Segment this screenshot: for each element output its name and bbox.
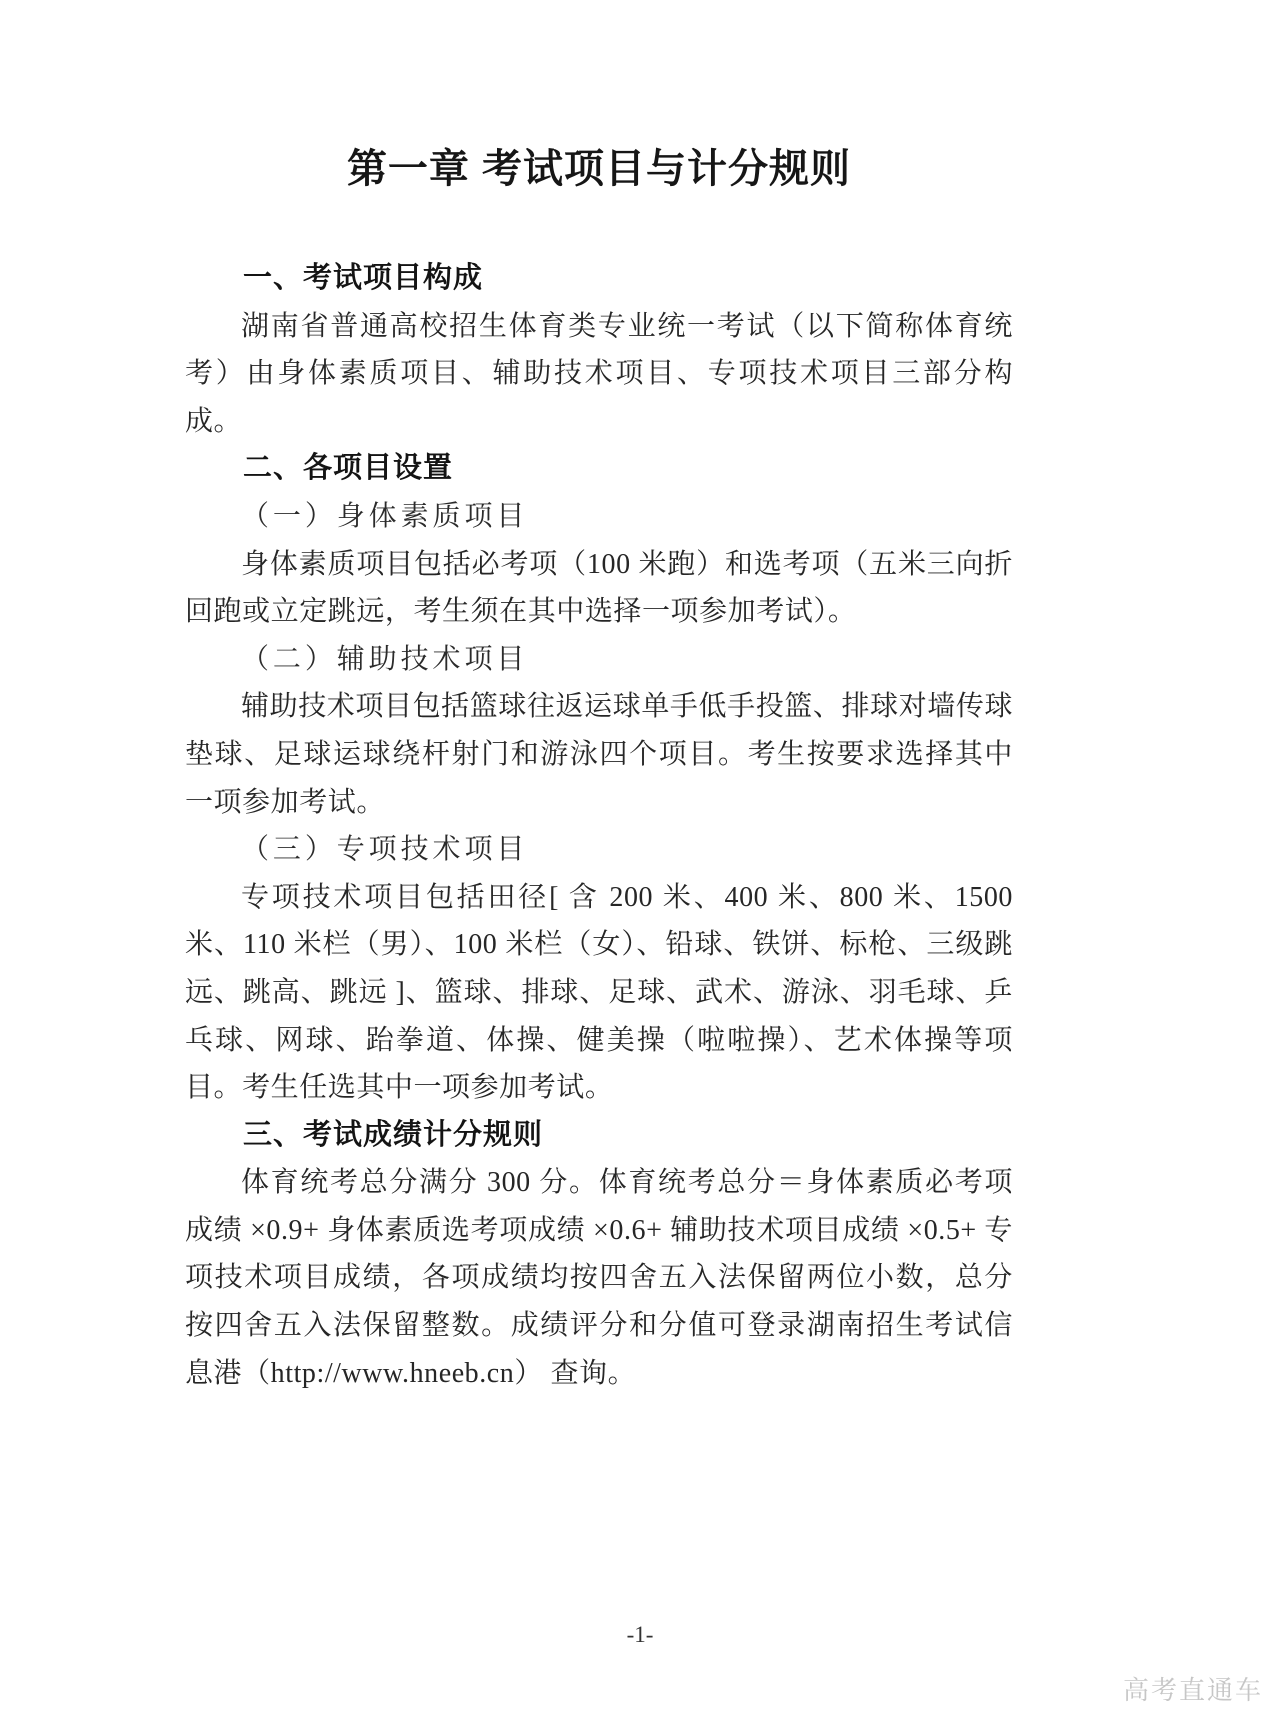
page-number: -1- <box>0 1622 1280 1648</box>
paragraph: 身体素质项目包括必考项（100 米跑）和选考项（五米三向折回跑或立定跳远，考生须… <box>185 541 1013 636</box>
paragraph: 专项技术项目包括田径[ 含 200 米、400 米、800 米、1500 米、1… <box>185 874 1013 1112</box>
section-subheading: （三）专项技术项目 <box>185 826 1013 874</box>
document-page: 第一章 考试项目与计分规则 一、考试项目构成湖南省普通高校招生体育类专业统一考试… <box>0 0 1280 1725</box>
document-body: 一、考试项目构成湖南省普通高校招生体育类专业统一考试（以下简称体育统考）由身体素… <box>185 255 1013 1397</box>
section-subheading: （一）身体素质项目 <box>185 493 1013 541</box>
paragraph: 湖南省普通高校招生体育类专业统一考试（以下简称体育统考）由身体素质项目、辅助技术… <box>185 303 1013 446</box>
paragraph: 辅助技术项目包括篮球往返运球单手低手投篮、排球对墙传球垫球、足球运球绕杆射门和游… <box>185 683 1013 826</box>
section-subheading: （二）辅助技术项目 <box>185 636 1013 684</box>
watermark: 高考直通车 <box>1123 1670 1263 1707</box>
section-heading: 一、考试项目构成 <box>185 255 1013 303</box>
page-title: 第一章 考试项目与计分规则 <box>185 0 1013 191</box>
section-heading: 三、考试成绩计分规则 <box>185 1112 1013 1160</box>
section-heading: 二、各项目设置 <box>185 445 1013 493</box>
paragraph: 体育统考总分满分 300 分。体育统考总分＝身体素质必考项成绩 ×0.9+ 身体… <box>185 1159 1013 1397</box>
